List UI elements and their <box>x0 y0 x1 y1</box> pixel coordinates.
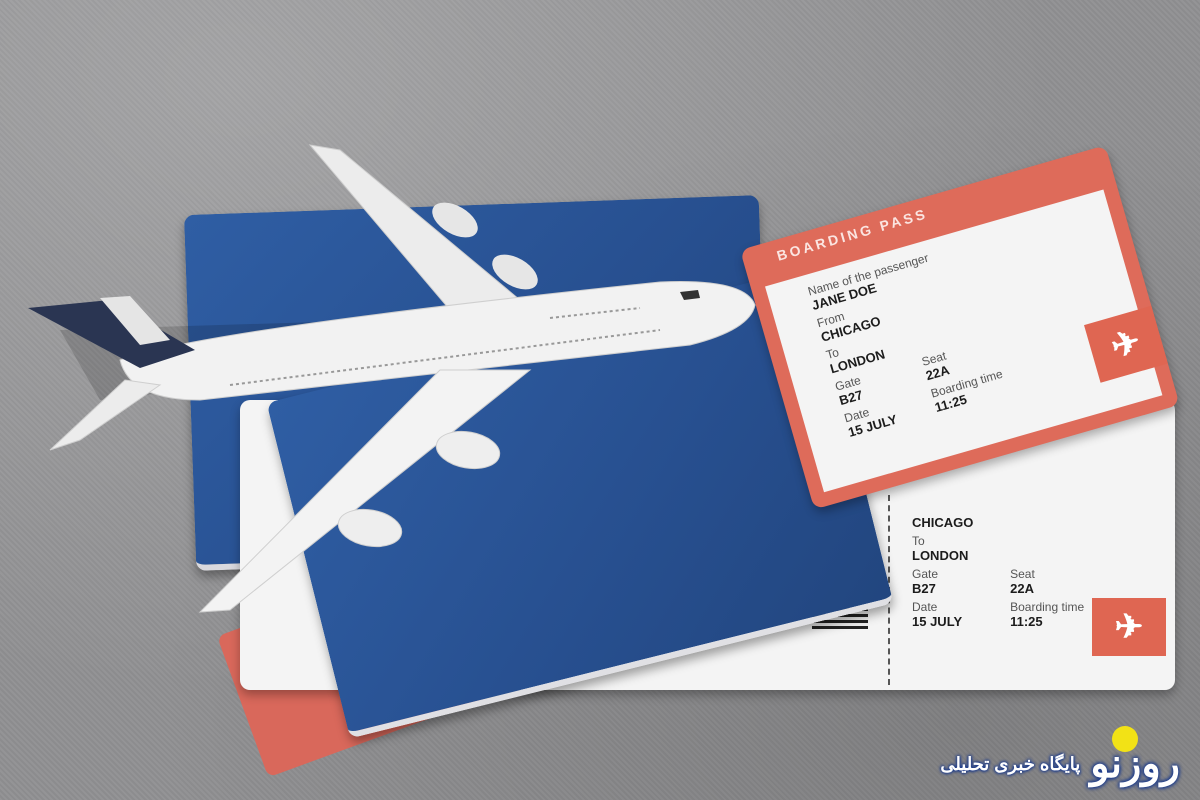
watermark-logo: روزنو <box>1090 744 1180 784</box>
watermark: پایگاه خبری تحلیلی روزنو <box>940 744 1180 784</box>
model-airplane <box>0 0 1200 800</box>
watermark-tagline: پایگاه خبری تحلیلی <box>940 754 1080 775</box>
